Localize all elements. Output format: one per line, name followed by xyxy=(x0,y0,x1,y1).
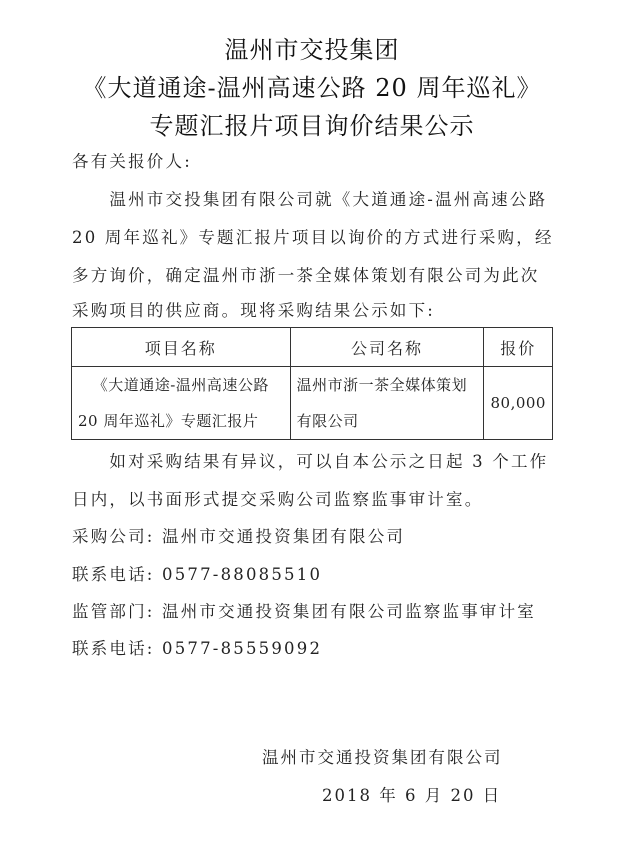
header-price: 报价 xyxy=(484,328,553,367)
paragraph-line: 温州市交投集团有限公司就《大道通途-温州高速公路 xyxy=(72,186,547,210)
table-header-row: 项目名称 公司名称 报价 xyxy=(72,328,553,367)
paragraph-line: 日内，以书面形式提交采购公司监察监事审计室。 xyxy=(72,486,483,510)
cell-line: 有限公司 xyxy=(297,403,478,439)
signature-date: 2018 年 6 月 20 日 xyxy=(322,782,501,806)
cell-line: 20 周年巡礼》专题汇报片 xyxy=(78,403,284,439)
salutation: 各有关报价人: xyxy=(72,148,192,172)
paragraph-line: 多方询价，确定温州市浙一茶全媒体策划有限公司为此次 xyxy=(72,262,540,286)
header-company-name: 公司名称 xyxy=(290,328,484,367)
paragraph-line: 20 周年巡礼》专题汇报片项目以询价的方式进行采购，经 xyxy=(72,224,554,248)
paragraph-line: 如对采购结果有异议，可以自本公示之日起 3 个工作 xyxy=(72,448,548,472)
cell-company-name: 温州市浙一茶全媒体策划 有限公司 xyxy=(290,367,484,440)
purchasing-phone: 联系电话: 0577-88085510 xyxy=(72,561,322,585)
title-line-3: 专题汇报片项目询价结果公示 xyxy=(0,106,624,141)
purchasing-company: 采购公司: 温州市交通投资集团有限公司 xyxy=(72,523,405,547)
cell-project-name: 《大道通途-温州高速公路 20 周年巡礼》专题汇报片 xyxy=(72,367,291,440)
result-table: 项目名称 公司名称 报价 《大道通途-温州高速公路 20 周年巡礼》专题汇报片 … xyxy=(71,327,553,440)
cell-line: 《大道通途-温州高速公路 xyxy=(78,367,284,403)
header-project-name: 项目名称 xyxy=(72,328,291,367)
supervising-phone: 联系电话: 0577-85559092 xyxy=(72,635,322,659)
title-line-2: 《大道通途-温州高速公路 20 周年巡礼》 xyxy=(0,68,624,103)
table-row: 《大道通途-温州高速公路 20 周年巡礼》专题汇报片 温州市浙一茶全媒体策划 有… xyxy=(72,367,553,440)
supervising-department: 监管部门: 温州市交通投资集团有限公司监察监事审计室 xyxy=(72,598,536,622)
cell-line: 温州市浙一茶全媒体策划 xyxy=(297,367,478,403)
cell-price: 80,000 xyxy=(484,367,553,440)
signature-organization: 温州市交通投资集团有限公司 xyxy=(262,744,503,768)
paragraph-line: 采购项目的供应商。现将采购结果公示如下: xyxy=(72,297,435,321)
title-line-1: 温州市交投集团 xyxy=(0,30,624,65)
